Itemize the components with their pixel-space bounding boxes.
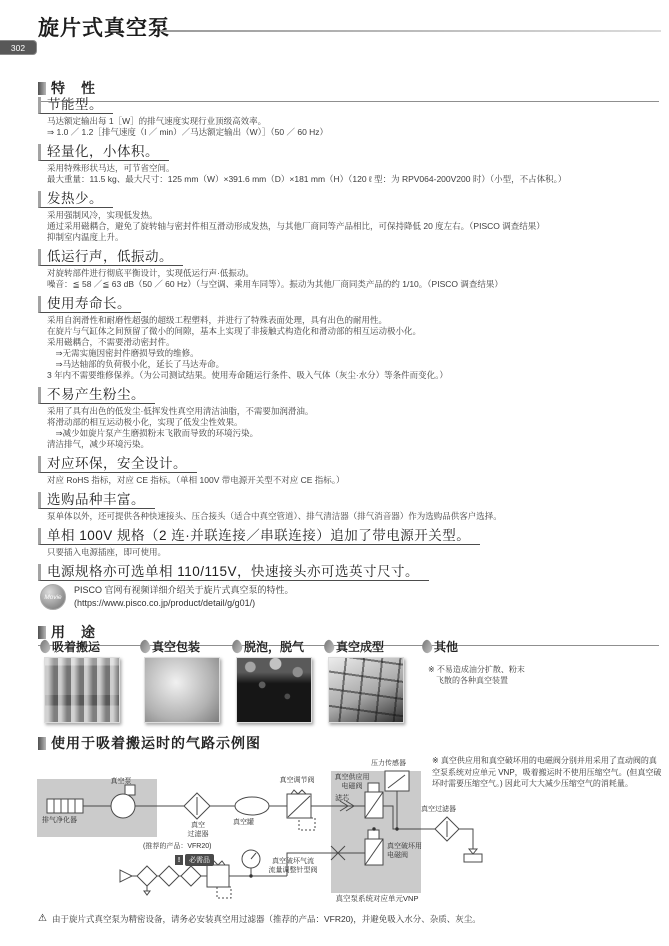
features-list: 节能型。 马达额定输出每 1［W］的排气速度实现行业顶级高效率。 ⇒ 1.0 ／… — [38, 97, 659, 587]
applications-section: 用 途 吸着搬运 真空包装 脱泡，脱气 真空 — [38, 622, 659, 734]
features-heading: 特 性 — [51, 78, 96, 98]
application-item: 脱泡，脱气 — [232, 639, 312, 723]
feature-text-line: 对应 RoHS 指标，对应 CE 指标。（单相 100V 带电源开关型不对应 C… — [47, 475, 659, 486]
feature-text-line: 在旋片与气缸体之间预留了微小的间隙，基本上实现了非接触式构造化和滑动部的相互运动… — [47, 326, 659, 337]
feature-block: 使用寿命长。 采用自润滑性和耐磨性超强的超级工程塑料，并进行了特殊表面处理，具有… — [38, 296, 659, 381]
feature-text-line: 噪音：≦ 58 ／≦ 63 dB（50 ／ 60 Hz）（与空调、乘用车同等）。… — [47, 279, 659, 290]
feature-title: 节能型。 — [38, 97, 113, 114]
leaf-icon — [230, 639, 244, 654]
vacuum-filter-label: 真空 过滤器 — [181, 822, 215, 839]
feature-text-line: 对旋转部件进行彻底平衡设计，实现低运行声·低振动。 — [47, 268, 659, 279]
feature-text-line: 泵单体以外，还可提供各种快速接头、压合接头（适合中真空管道）、排气清洁器（排气消… — [47, 511, 659, 522]
application-photo — [44, 657, 120, 723]
movie-link[interactable]: (https://www.pisco.co.jp/product/detail/… — [74, 597, 294, 610]
application-label: 其他 — [434, 638, 458, 655]
recommended-product-label: (推荐的产品：VFR20) — [143, 843, 211, 852]
vacuum-tank-label: 真空罐 — [233, 819, 254, 828]
leaf-icon — [138, 639, 152, 654]
feature-block: 轻量化，小体积。 采用特殊形状马达，可节省空间。 最大重量：11.5 kg、最大… — [38, 144, 659, 185]
feature-title: 低运行声，低振动。 — [38, 249, 183, 266]
feature-title: 发热少。 — [38, 191, 113, 208]
warning-text: 由于旋片式真空泵为精密设备，请务必安装真空用过滤器（推荐的产品：VFR20)，并… — [52, 913, 481, 925]
feature-title: 单相 100V 规格（2 连·并联连接／串联连接）追加了带电源开关型。 — [38, 528, 480, 545]
feature-block: 节能型。 马达额定输出每 1［W］的排气速度实现行业顶级高效率。 ⇒ 1.0 ／… — [38, 97, 659, 138]
page-number-badge: 302 — [0, 40, 37, 55]
feature-text-line: 清洁排气，减少环境污染。 — [47, 439, 659, 450]
feature-title: 不易产生粉尘。 — [38, 387, 155, 404]
feature-text-line: 抑制室内温度上升。 — [47, 232, 659, 243]
feature-text-line: 通过采用磁耦合，避免了旋转轴与密封件相互滑动形成发热，与其他厂商同等产品相比，可… — [47, 221, 659, 232]
application-item: 其他 ※ 不易造成油分扩散、粉末 飞散的各种真空装置 — [422, 639, 525, 686]
required-item-badge: ! 必需品 — [175, 854, 214, 866]
feature-text-line: 采用了具有出色的低发尘·低挥发性真空用清洁油脂，不需要加润滑油。 — [47, 406, 659, 417]
movie-note: Movie PISCO 官网有视频详细介绍关于旋片式真空泵的特性。 (https… — [40, 584, 294, 610]
application-item: 吸着搬运 — [40, 639, 120, 723]
feature-block: 电源规格亦可选单相 110/115V，快速接头亦可选英寸尺寸。 — [38, 564, 659, 581]
feature-text-line: 最大重量：11.5 kg、最大尺寸：125 mm（W）×391.6 mm（D）×… — [47, 174, 659, 185]
warning-icon: ⚠ — [38, 914, 47, 924]
section-bullet-icon — [38, 737, 46, 750]
exhaust-cleaner-label: 排气净化器 — [42, 817, 77, 826]
application-item: 真空成型 — [324, 639, 404, 723]
filter-element-label: 滤芯 — [335, 795, 349, 804]
circuit-side-note: ※ 真空供应用和真空破坏用的电磁阀分别并用采用了直动阀的真空泵系统对应单元 VN… — [432, 755, 664, 790]
application-label: 脱泡，脱气 — [244, 638, 304, 655]
feature-title: 电源规格亦可选单相 110/115V，快速接头亦可选英寸尺寸。 — [38, 564, 429, 581]
feature-block: 单相 100V 规格（2 连·并联连接／串联连接）追加了带电源开关型。 只要插入… — [38, 528, 659, 558]
supply-solenoid-label: 真空供应用 电磁阀 — [331, 774, 373, 791]
movie-icon: Movie — [40, 584, 66, 610]
movie-note-text: PISCO 官网有视频详细介绍关于旋片式真空泵的特性。 — [74, 584, 294, 597]
break-solenoid-label: 真空破坏用 电磁阀 — [387, 843, 422, 860]
feature-title: 轻量化，小体积。 — [38, 144, 169, 161]
feature-text-line: ⇒马达轴部的负荷极小化，延长了马达寿命。 — [47, 359, 659, 370]
feature-text-line: 将滑动部的相互运动极小化，实现了低发尘性效果。 — [47, 417, 659, 428]
feature-block: 不易产生粉尘。 采用了具有出色的低发尘·低挥发性真空用清洁油脂，不需要加润滑油。… — [38, 387, 659, 450]
exclamation-icon: ! — [175, 855, 183, 865]
application-label: 真空成型 — [336, 638, 384, 655]
title-rule — [160, 30, 661, 32]
leaf-icon — [322, 639, 336, 654]
application-label: 真空包装 — [152, 638, 200, 655]
feature-text-line: ⇒ 1.0 ／ 1.2［排气速度（l ／ min）／马达额定输出（W）］（50 … — [47, 127, 659, 138]
feature-text-line: 采用强制风冷，实现低发热。 — [47, 210, 659, 221]
circuit-heading: 使用于吸着搬运时的气路示例图 — [51, 733, 261, 753]
required-badge-label: 必需品 — [185, 854, 214, 866]
section-bullet-icon — [38, 82, 46, 95]
feature-text-line: 3 年内不需要维修保养。（为公司测试结果。使用寿命随运行条件、吸入气体（灰尘·水… — [47, 370, 659, 381]
feature-text-line: 马达额定输出每 1［W］的排气速度实现行业顶级高效率。 — [47, 116, 659, 127]
application-photo — [328, 657, 404, 723]
feature-title: 使用寿命长。 — [38, 296, 141, 313]
circuit-diagram: 真空泵 排气净化器 真空 过滤器 (推荐的产品：VFR20) ! 必需品 真空罐… — [35, 759, 669, 911]
break-needle-valve-label: 真空破坏气流 流量调整针型阀 — [261, 858, 325, 875]
feature-title: 对应环保，安全设计。 — [38, 456, 197, 473]
page-title: 旋片式真空泵 — [38, 12, 170, 42]
application-label: 吸着搬运 — [52, 638, 100, 655]
feature-block: 对应环保，安全设计。 对应 RoHS 指标，对应 CE 指标。（单相 100V … — [38, 456, 659, 486]
feature-block: 选购品种丰富。 泵单体以外，还可提供各种快速接头、压合接头（适合中真空管道）、排… — [38, 492, 659, 522]
circuit-section-header: 使用于吸着搬运时的气路示例图 — [38, 733, 261, 756]
vacuum-filter-right-label: 真空过滤器 — [421, 806, 456, 815]
application-photo — [236, 657, 312, 723]
leaf-icon — [38, 639, 52, 654]
vacuum-pump-label: 真空泵 — [91, 778, 151, 787]
footer-warning: ⚠ 由于旋片式真空泵为精密设备，请务必安装真空用过滤器（推荐的产品：VFR20)… — [38, 913, 481, 925]
pressure-sensor-label: 压力传感器 — [371, 760, 406, 769]
application-note: ※ 不易造成油分扩散、粉末 飞散的各种真空装置 — [428, 664, 525, 686]
feature-block: 发热少。 采用强制风冷，实现低发热。 通过采用磁耦合，避免了旋转轴与密封件相互滑… — [38, 191, 659, 243]
feature-text-line: 采用磁耦合，不需要滑动密封件。 — [47, 337, 659, 348]
feature-text-line: ⇒无需实施因密封件磨损导致的维修。 — [47, 348, 659, 359]
feature-text-line: 只要插入电源插座，即可使用。 — [47, 547, 659, 558]
feature-text-line: 采用自润滑性和耐磨性超强的超级工程塑料，并进行了特殊表面处理，具有出色的耐用性。 — [47, 315, 659, 326]
application-photo — [144, 657, 220, 723]
vnp-unit-label: 真空泵系统对应单元VNP — [321, 895, 433, 904]
section-bullet-icon — [38, 626, 46, 639]
feature-text-line: ⇒减少如旋片泵产生磨损粉末飞散而导致的环境污染。 — [47, 428, 659, 439]
catalog-page: 旋片式真空泵 302 特 性 节能型。 马达额定输出每 1［W］的排气速度实现行… — [0, 0, 669, 946]
feature-block: 低运行声，低振动。 对旋转部件进行彻底平衡设计，实现低运行声·低振动。 噪音：≦… — [38, 249, 659, 290]
leaf-icon — [420, 639, 434, 654]
application-item: 真空包装 — [140, 639, 220, 723]
feature-text-line: 采用特殊形状马达，可节省空间。 — [47, 163, 659, 174]
feature-title: 选购品种丰富。 — [38, 492, 155, 509]
vacuum-regulator-label: 真空调节阀 — [269, 777, 325, 786]
